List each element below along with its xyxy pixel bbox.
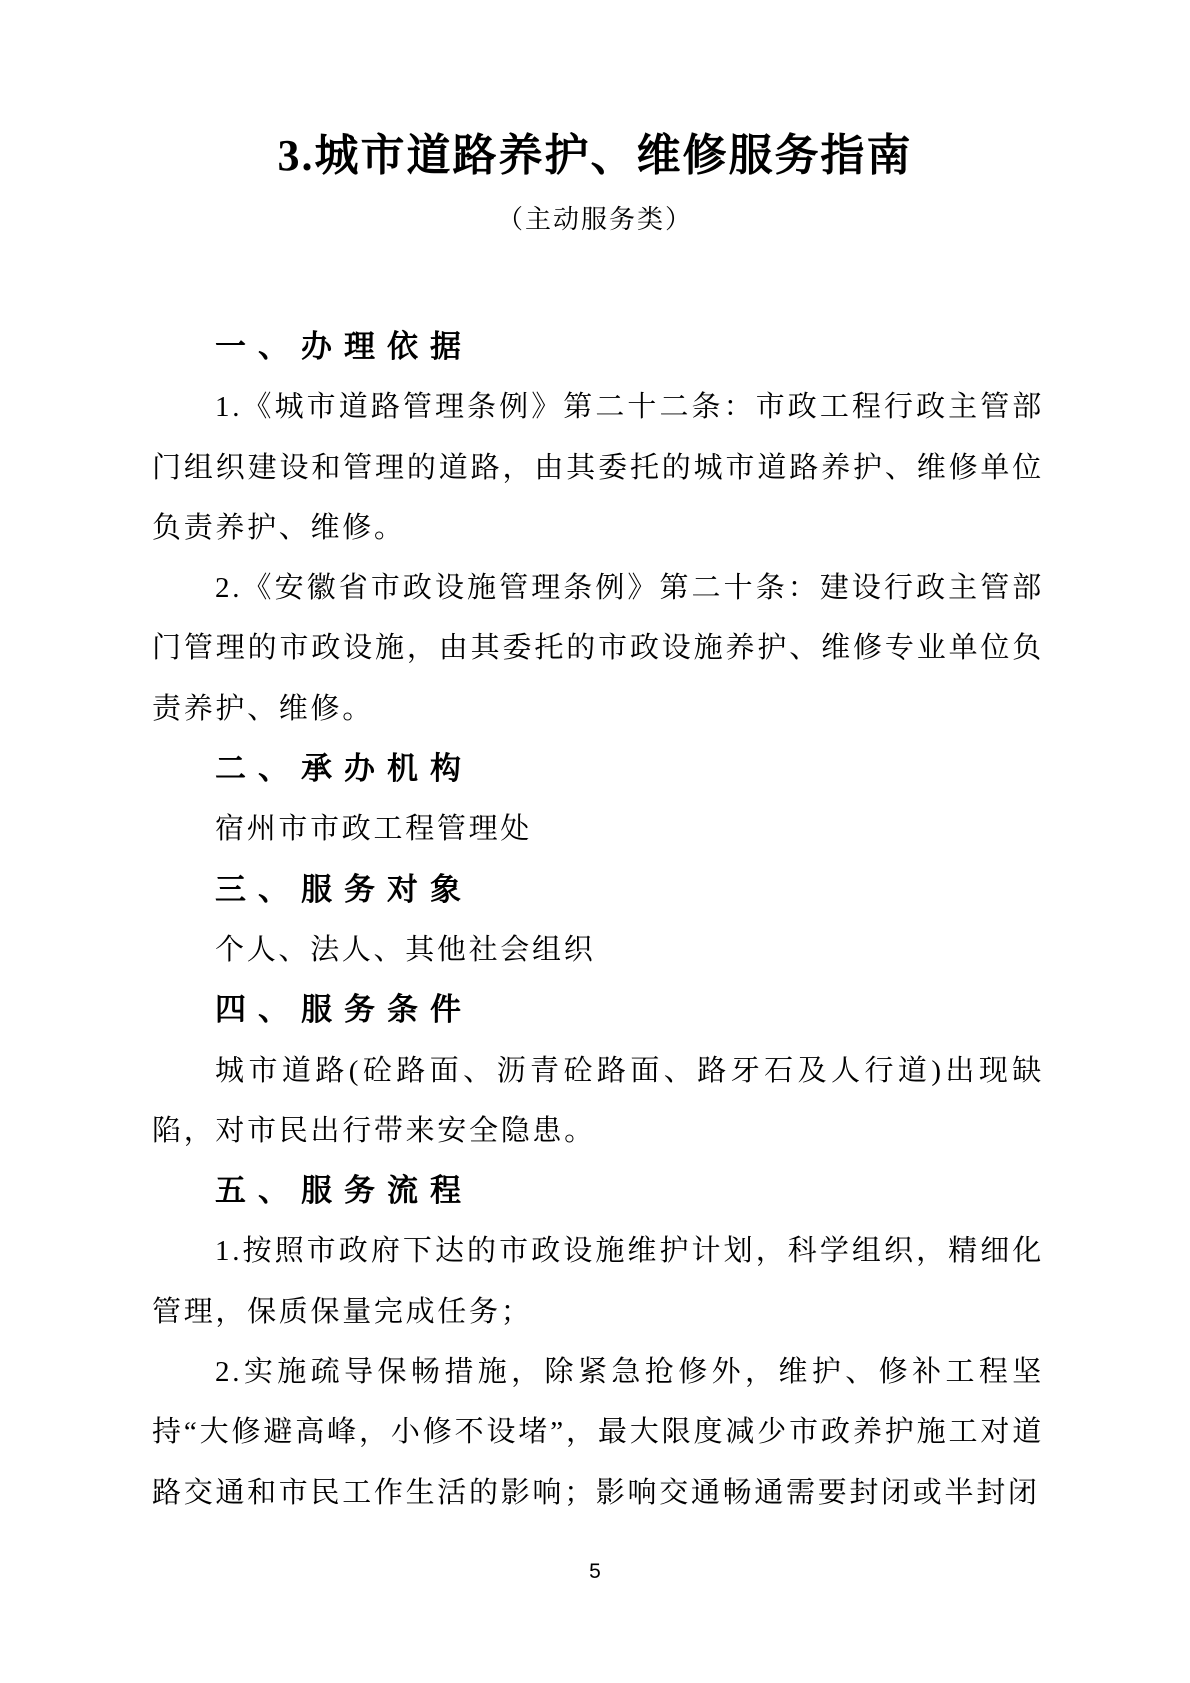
paragraph: 1.按照市政府下达的市政设施维护计划，科学组织，精细化管理，保质保量完成任务； — [152, 1221, 1044, 1342]
section-heading: 一、办理依据 — [152, 317, 1044, 377]
section-heading: 四、服务条件 — [152, 980, 1044, 1040]
paragraph: 2.《安徽省市政设施管理条例》第二十条：建设行政主管部门管理的市政设施，由其委托… — [152, 558, 1044, 739]
page-number: 5 — [0, 1558, 1190, 1586]
paragraph: 2.实施疏导保畅措施，除紧急抢修外，维护、修补工程坚持“大修避高峰，小修不设堵”… — [152, 1342, 1044, 1523]
section-heading: 二、承办机构 — [152, 739, 1044, 799]
document-body: 一、办理依据1.《城市道路管理条例》第二十二条：市政工程行政主管部门组织建设和管… — [152, 317, 1044, 1523]
document-title: 3.城市道路养护、维修服务指南 — [0, 124, 1190, 188]
paragraph: 宿州市市政工程管理处 — [152, 799, 1044, 859]
section-heading: 五、服务流程 — [152, 1161, 1044, 1221]
paragraph: 城市道路(砼路面、沥青砼路面、路牙石及人行道)出现缺陷，对市民出行带来安全隐患。 — [152, 1041, 1044, 1162]
document-subtitle: （主动服务类） — [0, 200, 1190, 240]
document-page: 3.城市道路养护、维修服务指南 （主动服务类） 一、办理依据1.《城市道路管理条… — [0, 0, 1190, 1683]
paragraph: 1.《城市道路管理条例》第二十二条：市政工程行政主管部门组织建设和管理的道路，由… — [152, 377, 1044, 558]
paragraph: 个人、法人、其他社会组织 — [152, 920, 1044, 980]
section-heading: 三、服务对象 — [152, 860, 1044, 920]
